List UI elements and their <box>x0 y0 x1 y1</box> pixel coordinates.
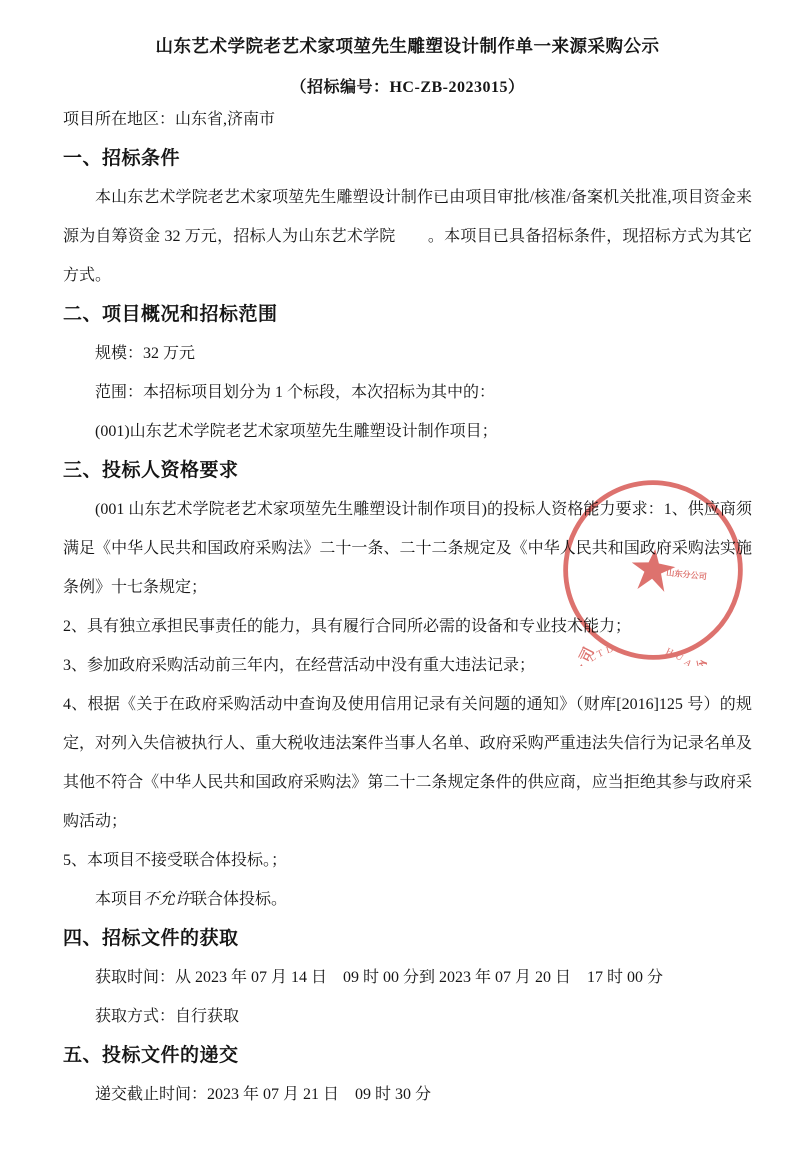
scale-line: 规模：32 万元 <box>63 334 752 373</box>
section-1-heading: 一、招标条件 <box>63 139 752 178</box>
obtain-time-line: 获取时间：从 2023 年 07 月 14 日 09 时 00 分到 2023 … <box>63 958 752 997</box>
tender-number: （招标编号：HC-ZB-2023015） <box>63 76 752 100</box>
scope-line: 范围：本招标项目划分为 1 个标段，本次招标为其中的： <box>63 373 752 412</box>
qualification-paragraph-2: 2、具有独立承担民事责任的能力，具有履行合同所必需的设备和专业技术能力； <box>63 607 752 646</box>
joint-note-prefix: 本项目 <box>95 891 143 908</box>
section-2-heading: 二、项目概况和招标范围 <box>63 295 752 334</box>
obtain-method-line: 获取方式：自行获取 <box>63 997 752 1036</box>
qualification-paragraph-3: 3、参加政府采购活动前三年内，在经营活动中没有重大违法记录； <box>63 646 752 685</box>
qualification-paragraph-5: 5、本项目不接受联合体投标。； <box>63 841 752 880</box>
submission-deadline-line: 递交截止时间：2023 年 07 月 21 日 09 时 30 分 <box>63 1075 752 1114</box>
joint-note-emphasis: 不允许 <box>143 891 191 908</box>
lot-line: (001)山东艺术学院老艺术家项堃先生雕塑设计制作项目； <box>63 412 752 451</box>
project-location-line: 项目所在地区：山东省,济南市 <box>63 100 752 139</box>
joint-note-suffix: 联合体投标。 <box>191 891 287 908</box>
document-title: 山东艺术学院老艺术家项堃先生雕塑设计制作单一来源采购公示 <box>63 34 752 58</box>
qualification-paragraph-1: (001 山东艺术学院老艺术家项堃先生雕塑设计制作项目)的投标人资格能力要求：1… <box>63 490 752 607</box>
section-3-heading: 三、投标人资格要求 <box>63 451 752 490</box>
section-5-heading: 五、投标文件的递交 <box>63 1036 752 1075</box>
qualification-paragraph-4: 4、根据《关于在政府采购活动中查询及使用信用记录有关问题的通知》（财库[2016… <box>63 685 752 841</box>
section-1-paragraph: 本山东艺术学院老艺术家项堃先生雕塑设计制作已由项目审批/核准/备案机关批准,项目… <box>63 178 752 295</box>
joint-venture-note: 本项目不允许联合体投标。 <box>63 880 752 919</box>
section-4-heading: 四、招标文件的获取 <box>63 919 752 958</box>
scanned-document-page: 山东艺术学院老艺术家项堃先生雕塑设计制作单一来源采购公示 （招标编号：HC-ZB… <box>0 0 808 1175</box>
